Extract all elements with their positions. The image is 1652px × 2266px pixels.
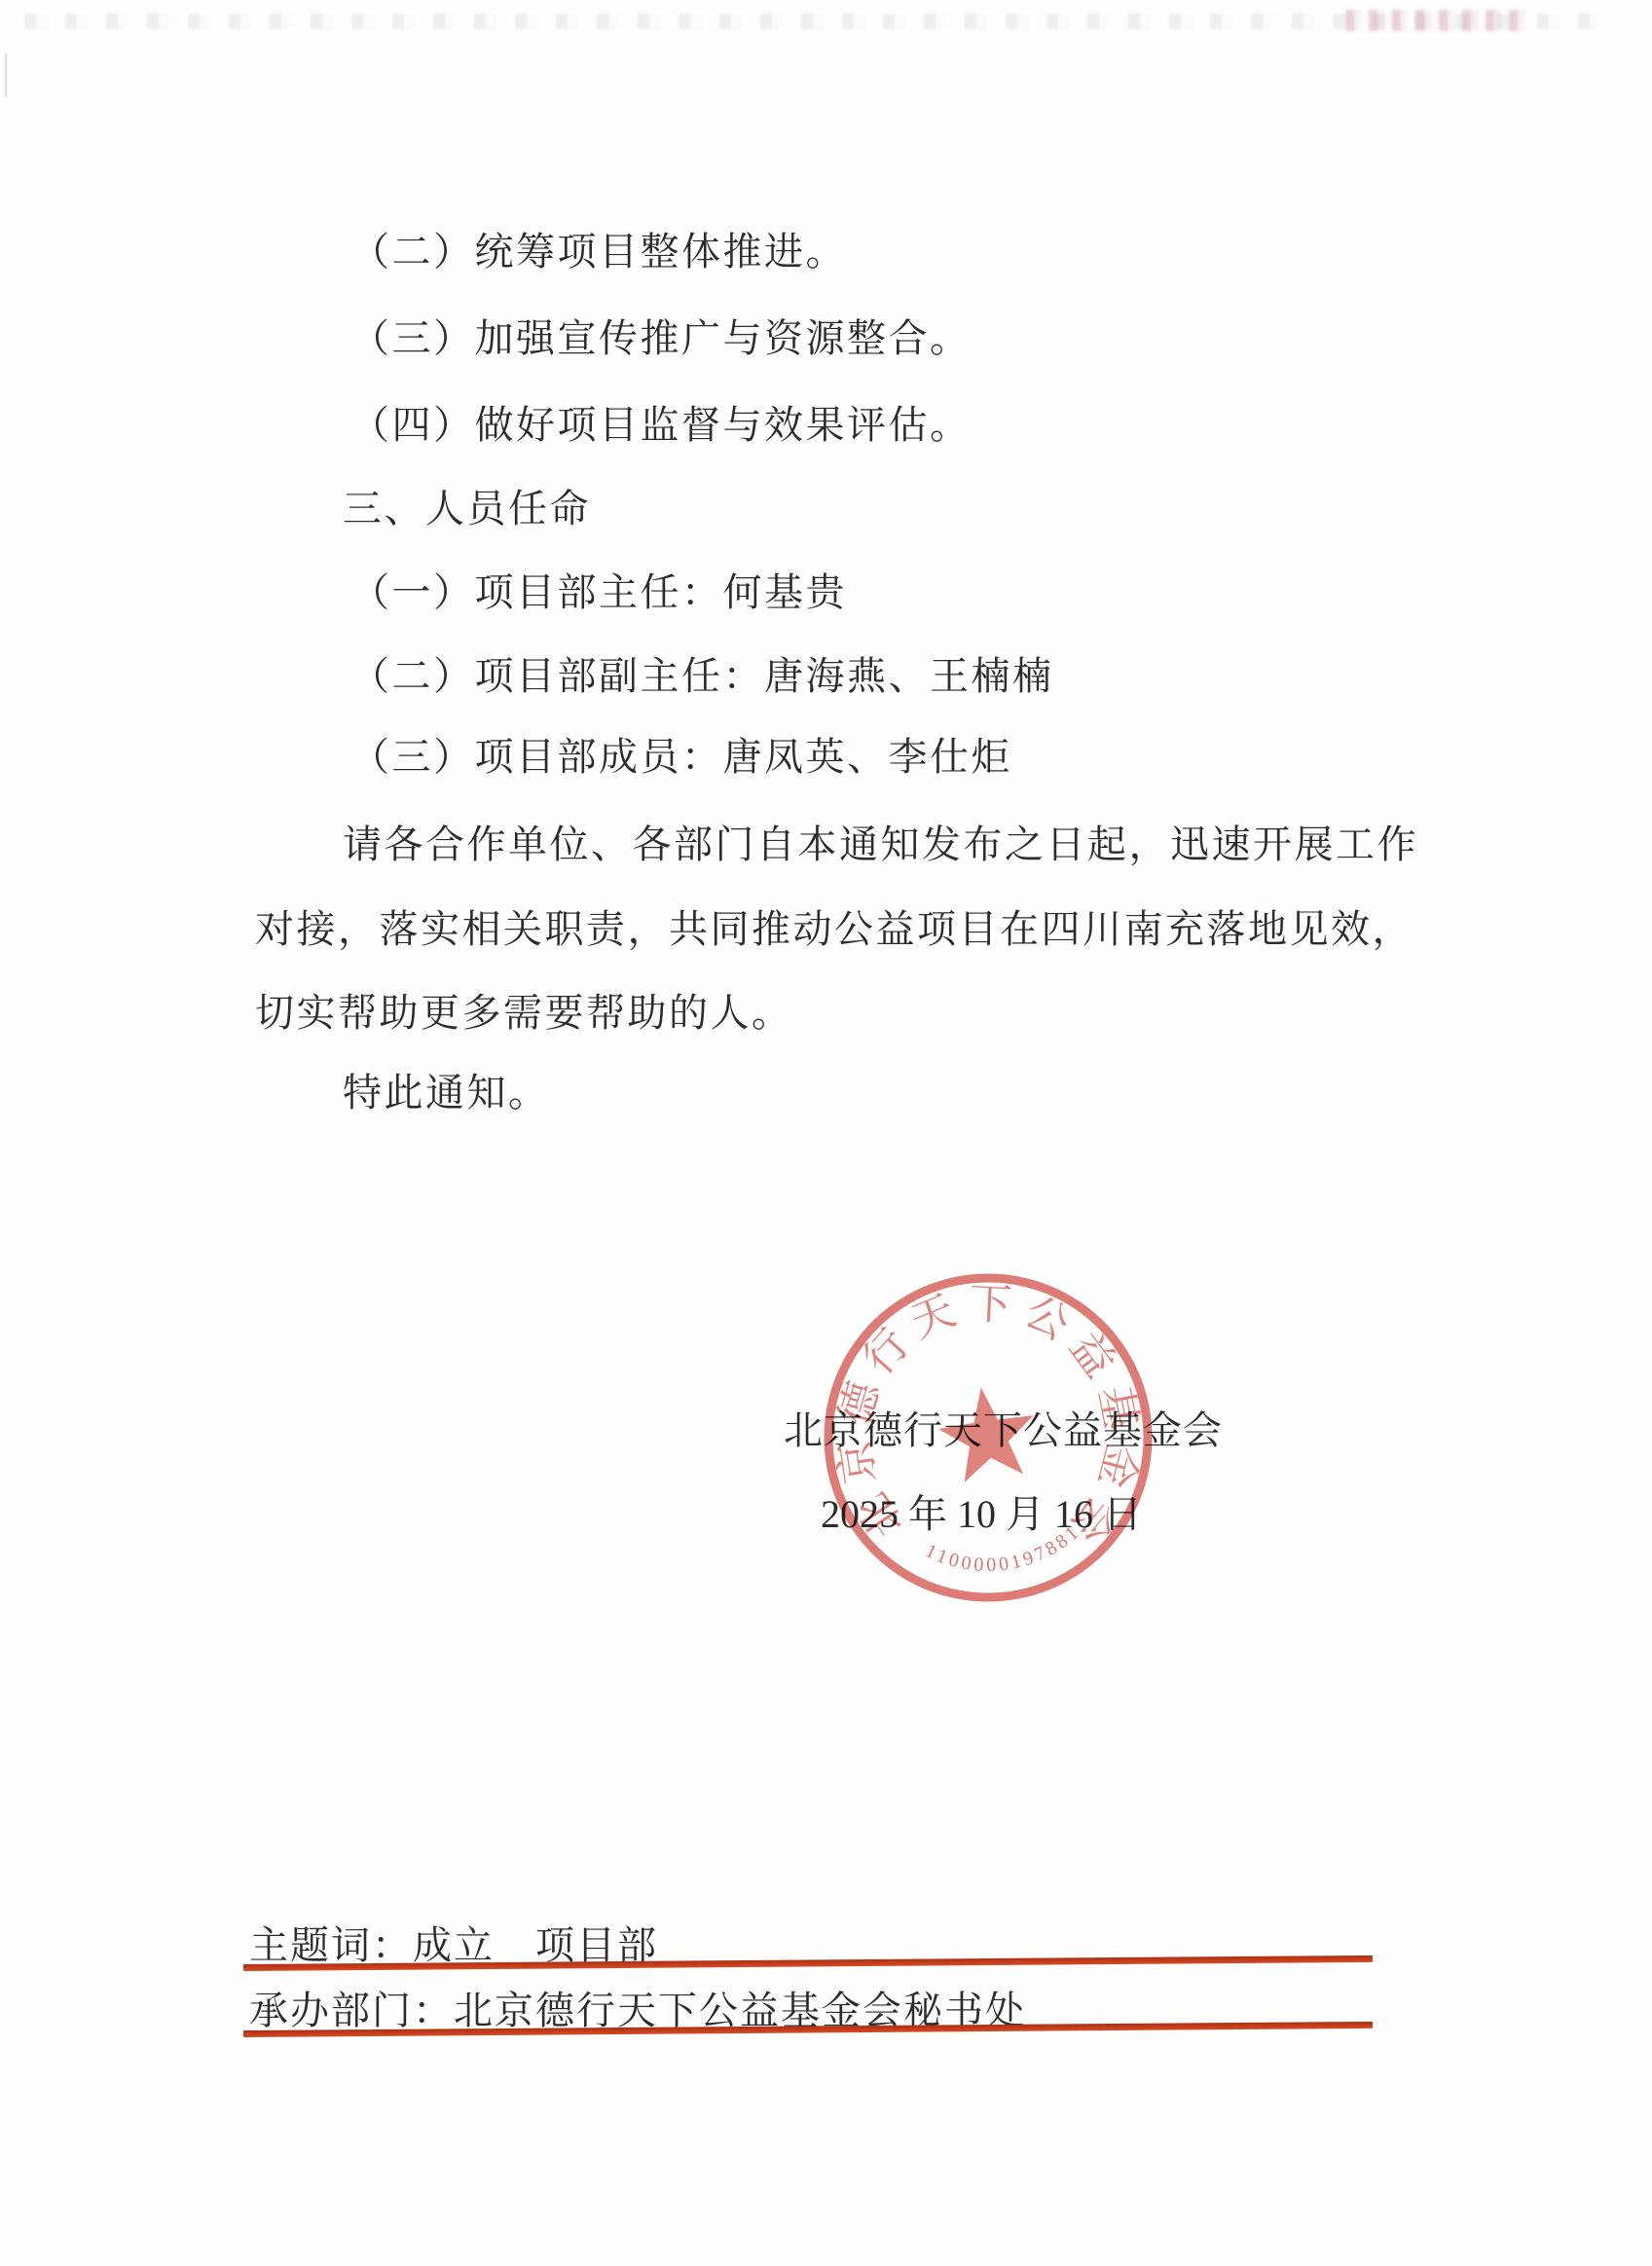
body-line-5: （一）项目部主任：何基贵	[350, 570, 847, 615]
document-page: （二）统筹项目整体推进。 （三）加强宣传推广与资源整合。 （四）做好项目监督与效…	[0, 0, 1652, 2266]
scan-artifact-corner-text	[1345, 10, 1525, 31]
body-line-2: （三）加强宣传推广与资源整合。	[350, 316, 972, 361]
seal-star-icon	[934, 1381, 1042, 1485]
body-line-6: （二）项目部副主任：唐海燕、王楠楠	[350, 654, 1054, 699]
body-line-4: 三、人员任命	[343, 487, 591, 531]
body-line-11: 特此通知。	[343, 1071, 550, 1115]
body-line-8: 请各合作单位、各部门自本通知发布之日起，迅速开展工作	[343, 822, 1418, 867]
body-line-9: 对接，落实相关职责，共同推动公益项目在四川南充落地见效，	[255, 907, 1413, 952]
scan-artifact-left-tick	[5, 54, 7, 97]
body-line-3: （四）做好项目监督与效果评估。	[350, 403, 972, 448]
official-seal: 北京德行天下公益基金会 1100000197881	[784, 1233, 1193, 1642]
body-line-7: （三）项目部成员：唐凤英、李仕炬	[350, 735, 1012, 780]
body-line-10: 切实帮助更多需要帮助的人。	[255, 991, 793, 1036]
body-line-1: （二）统筹项目整体推进。	[350, 230, 847, 274]
